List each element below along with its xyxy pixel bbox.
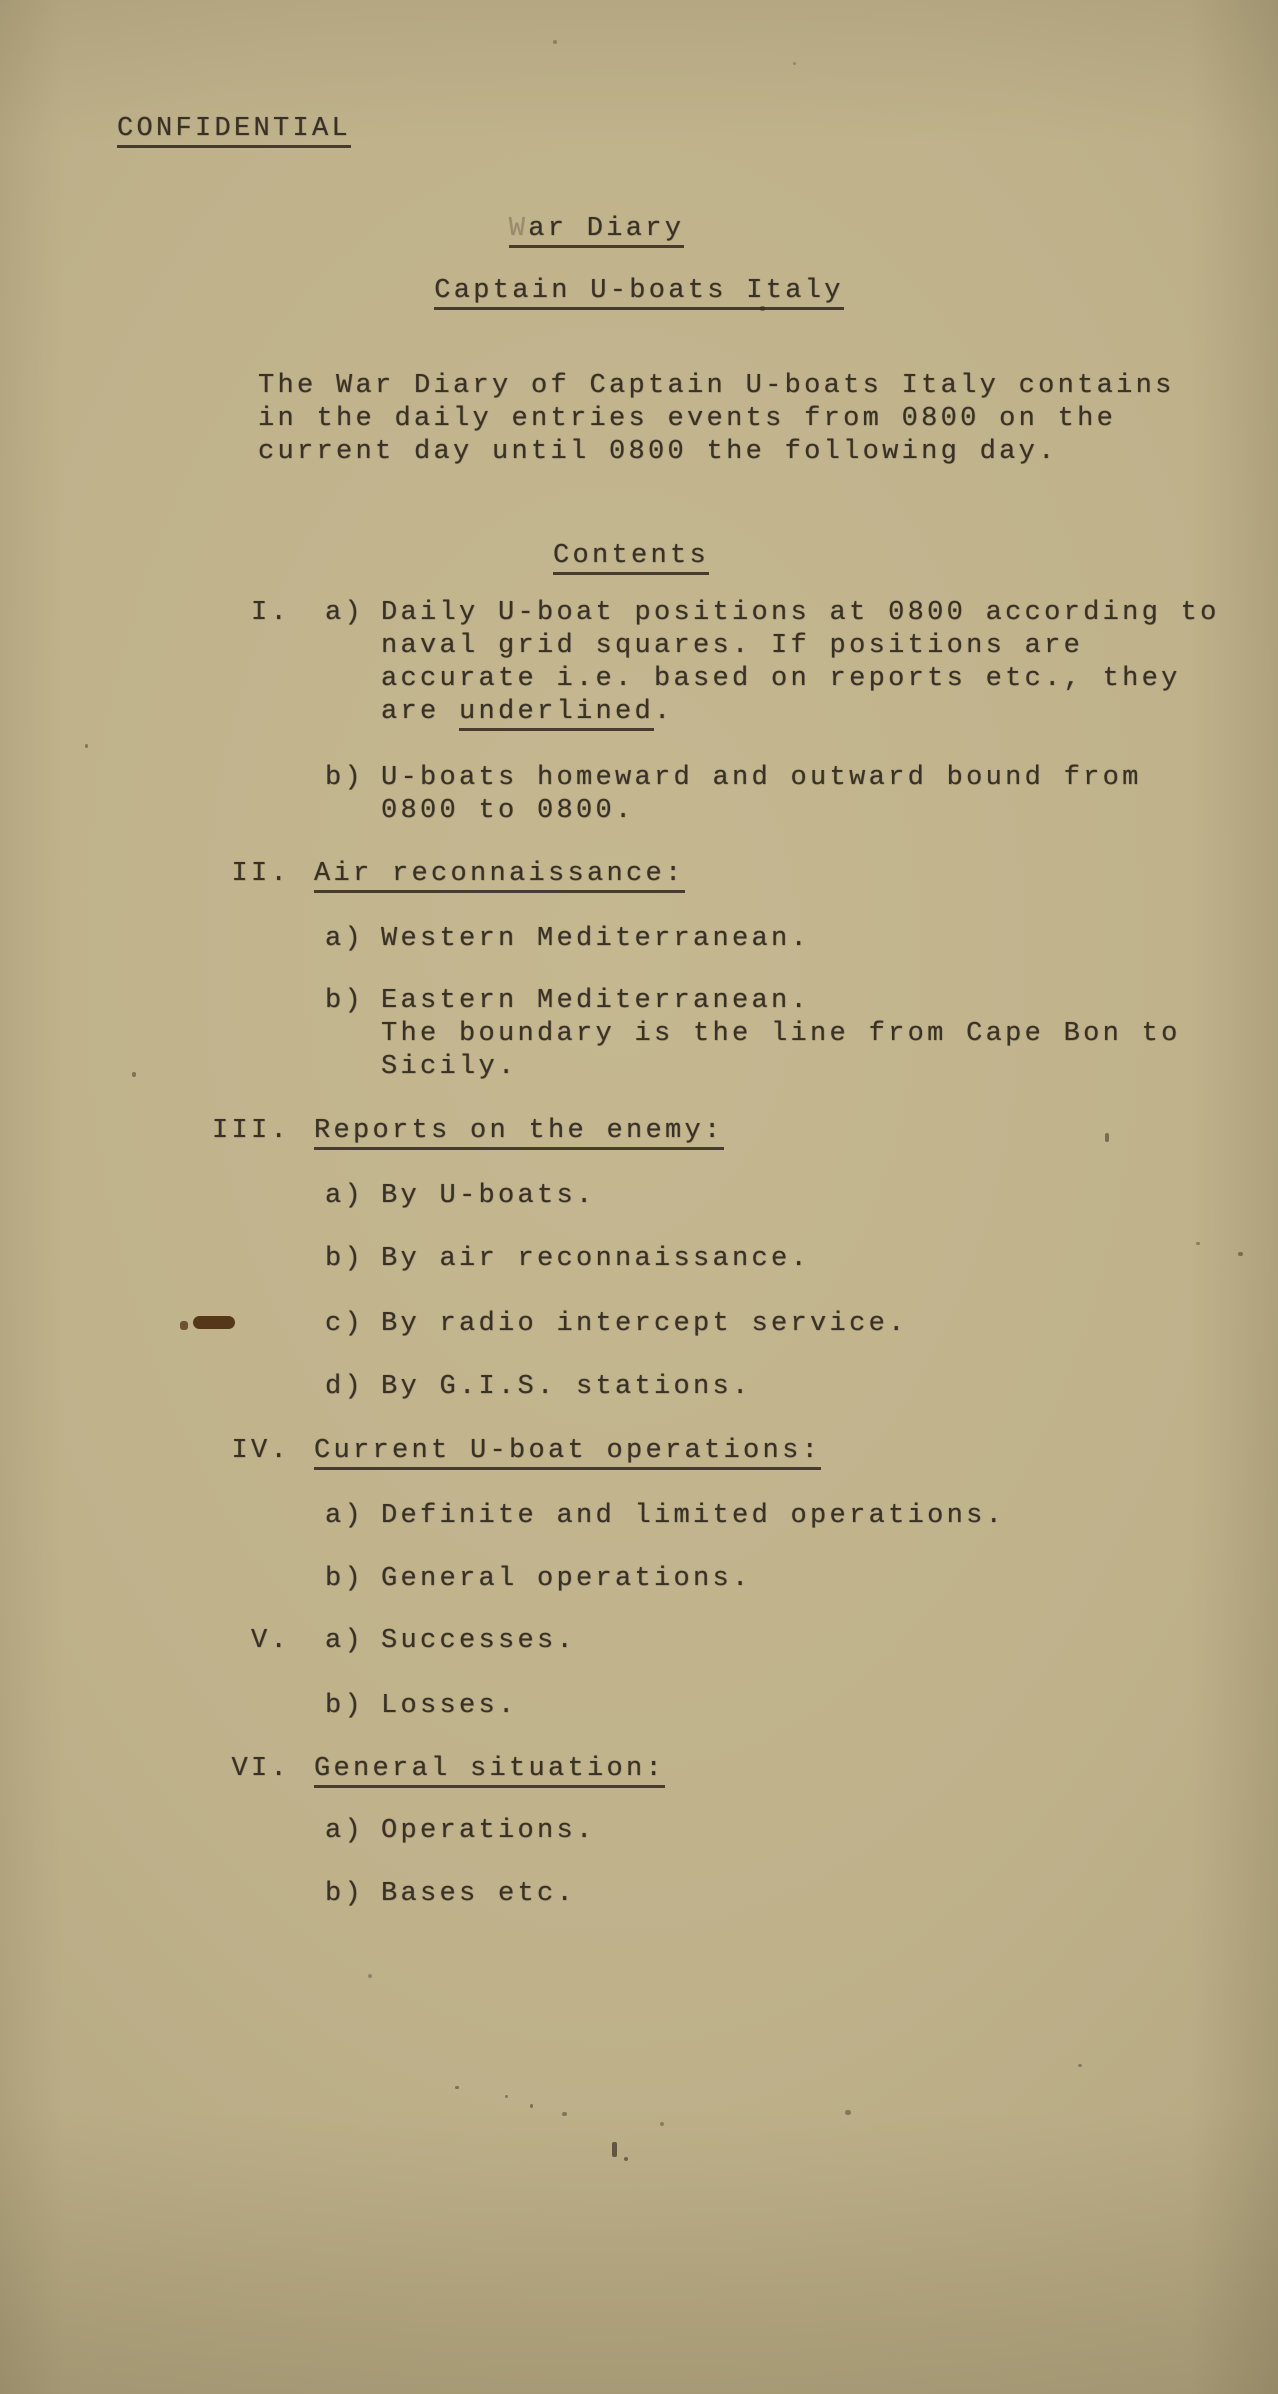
title-faded-letter: W — [509, 214, 529, 244]
scanned-document-page: CONFIDENTIAL War Diary Captain U-boats I… — [0, 0, 1278, 2394]
section-title: Reports on the enemy: — [314, 1116, 724, 1150]
list-item-row: c) By radio intercept service. — [0, 1308, 1278, 1341]
item-text: Eastern Mediterranean. The boundary is t… — [381, 985, 1278, 1084]
list-item: a) Successes. — [314, 1625, 1278, 1658]
ink-speck — [530, 2104, 533, 2108]
item-text: Successes. — [381, 1625, 1278, 1658]
ink-speck — [793, 62, 796, 65]
item-letter: b) — [325, 985, 381, 1084]
item-letter: b) — [325, 762, 381, 828]
section-numeral: IV. — [0, 1435, 290, 1468]
item-letter: b) — [325, 1243, 381, 1276]
item-text: By air reconnaissance. — [381, 1243, 1278, 1276]
item-line: accurate i.e. based on reports etc., the… — [381, 663, 1278, 696]
item-line: U-boats homeward and outward bound from — [381, 762, 1278, 795]
item-line: By G.I.S. stations. — [381, 1371, 1278, 1404]
item-text: Operations. — [381, 1815, 1278, 1848]
list-item-row: b) Eastern Mediterranean. The boundary i… — [0, 985, 1278, 1084]
underlined-word: underlined — [459, 697, 654, 731]
classification-text: CONFIDENTIAL — [117, 114, 351, 148]
item-text: By radio intercept service. — [381, 1308, 1278, 1341]
list-item-row: b) U-boats homeward and outward bound fr… — [0, 762, 1278, 828]
item-text: By U-boats. — [381, 1180, 1278, 1213]
intro-line: in the daily entries events from 0800 on… — [258, 403, 1278, 436]
item-letter: a) — [325, 1180, 381, 1213]
ink-speck — [368, 1974, 372, 1978]
item-line: Eastern Mediterranean. — [381, 985, 1278, 1018]
item-line: Sicily. — [381, 1051, 1278, 1084]
document-body: CONFIDENTIAL War Diary Captain U-boats I… — [0, 113, 1278, 1911]
contents-heading-text: Contents — [553, 541, 709, 575]
item-letter: b) — [325, 1563, 381, 1596]
item-text: U-boats homeward and outward bound from … — [381, 762, 1278, 828]
item-line: naval grid squares. If positions are — [381, 630, 1278, 663]
item-letter: a) — [325, 923, 381, 956]
section-title: Air reconnaissance: — [314, 859, 685, 893]
item-letter: a) — [325, 597, 381, 729]
section-numeral: II. — [0, 858, 290, 891]
section-numeral: V. — [0, 1625, 290, 1658]
subtitle-text: Captain U-boats Italy — [434, 276, 844, 310]
section-row-I: I. a) Daily U-boat positions at 0800 acc… — [0, 597, 1278, 729]
section-numeral: VI. — [0, 1753, 290, 1786]
list-item: b) By air reconnaissance. — [314, 1243, 1278, 1276]
ink-speck — [660, 2122, 664, 2126]
ink-speck — [505, 2095, 508, 2098]
item-text: By G.I.S. stations. — [381, 1371, 1278, 1404]
list-item-row: b) General operations. — [0, 1563, 1278, 1596]
section-title: Current U-boat operations: — [314, 1436, 821, 1470]
item-text: Definite and limited operations. — [381, 1500, 1278, 1533]
intro-line: current day until 0800 the following day… — [258, 436, 1278, 469]
item-line: By radio intercept service. — [381, 1308, 1278, 1341]
classification-stamp: CONFIDENTIAL — [0, 113, 1278, 146]
item-line: Successes. — [381, 1625, 1278, 1658]
list-item-row: a) Definite and limited operations. — [0, 1500, 1278, 1533]
item-letter: a) — [325, 1815, 381, 1848]
item-line: Daily U-boat positions at 0800 according… — [381, 597, 1278, 630]
item-letter: b) — [325, 1690, 381, 1723]
item-line: Western Mediterranean. — [381, 923, 1278, 956]
ink-speck — [562, 2112, 567, 2116]
list-item-row: a) By U-boats. — [0, 1180, 1278, 1213]
section-numeral: I. — [0, 597, 290, 630]
item-text: Western Mediterranean. — [381, 923, 1278, 956]
section-title: General situation: — [314, 1754, 665, 1788]
item-letter: c) — [325, 1308, 381, 1341]
document-subtitle: Captain U-boats Italy — [0, 275, 1278, 308]
list-item: a) Definite and limited operations. — [314, 1500, 1278, 1533]
item-line: Definite and limited operations. — [381, 1500, 1278, 1533]
list-item-row: d) By G.I.S. stations. — [0, 1371, 1278, 1404]
list-item-row: b) Losses. — [0, 1690, 1278, 1723]
item-line: By air reconnaissance. — [381, 1243, 1278, 1276]
item-text: Daily U-boat positions at 0800 according… — [381, 597, 1278, 729]
item-line: General operations. — [381, 1563, 1278, 1596]
list-item-row: a) Operations. — [0, 1815, 1278, 1848]
item-line: are underlined. — [381, 696, 1278, 729]
item-line: The boundary is the line from Cape Bon t… — [381, 1018, 1278, 1051]
item-line: 0800 to 0800. — [381, 795, 1278, 828]
list-item: b) Losses. — [314, 1690, 1278, 1723]
contents-heading: Contents — [0, 540, 1278, 573]
section-row-II: II. Air reconnaissance: — [0, 858, 1278, 891]
list-item-row: a) Western Mediterranean. — [0, 923, 1278, 956]
section-row-III: III. Reports on the enemy: — [0, 1115, 1278, 1148]
list-item: b) Bases etc. — [314, 1878, 1278, 1911]
item-line: Losses. — [381, 1690, 1278, 1723]
item-letter: a) — [325, 1500, 381, 1533]
list-item: c) By radio intercept service. — [314, 1308, 1278, 1341]
section-numeral: III. — [0, 1115, 290, 1148]
item-line: Operations. — [381, 1815, 1278, 1848]
document-title: War Diary — [0, 213, 1278, 246]
title-text: ar Diary — [528, 214, 684, 244]
ink-speck — [845, 2110, 851, 2115]
section-row-IV: IV. Current U-boat operations: — [0, 1435, 1278, 1468]
list-item: b) General operations. — [314, 1563, 1278, 1596]
list-item: b) Eastern Mediterranean. The boundary i… — [314, 985, 1278, 1084]
item-letter: b) — [325, 1878, 381, 1911]
ink-speck — [455, 2086, 459, 2089]
item-line: By U-boats. — [381, 1180, 1278, 1213]
item-line: Bases etc. — [381, 1878, 1278, 1911]
list-item: a) By U-boats. — [314, 1180, 1278, 1213]
item-letter: d) — [325, 1371, 381, 1404]
item-letter: a) — [325, 1625, 381, 1658]
list-item: a) Operations. — [314, 1815, 1278, 1848]
list-item: d) By G.I.S. stations. — [314, 1371, 1278, 1404]
list-item-row: b) By air reconnaissance. — [0, 1243, 1278, 1276]
ink-speck — [624, 2157, 628, 2161]
ink-speck — [1078, 2064, 1082, 2067]
list-item: a) Western Mediterranean. — [314, 923, 1278, 956]
ink-speck — [553, 40, 557, 44]
item-text: Losses. — [381, 1690, 1278, 1723]
item-text: Bases etc. — [381, 1878, 1278, 1911]
intro-line: The War Diary of Captain U-boats Italy c… — [258, 370, 1278, 403]
ink-speck — [612, 2142, 617, 2157]
item-text: General operations. — [381, 1563, 1278, 1596]
section-row-V: V. a) Successes. — [0, 1625, 1278, 1658]
section-row-VI: VI. General situation: — [0, 1753, 1278, 1786]
list-item: a) Daily U-boat positions at 0800 accord… — [314, 597, 1278, 729]
list-item: b) U-boats homeward and outward bound fr… — [314, 762, 1278, 828]
intro-paragraph: The War Diary of Captain U-boats Italy c… — [0, 370, 1278, 469]
list-item-row: b) Bases etc. — [0, 1878, 1278, 1911]
